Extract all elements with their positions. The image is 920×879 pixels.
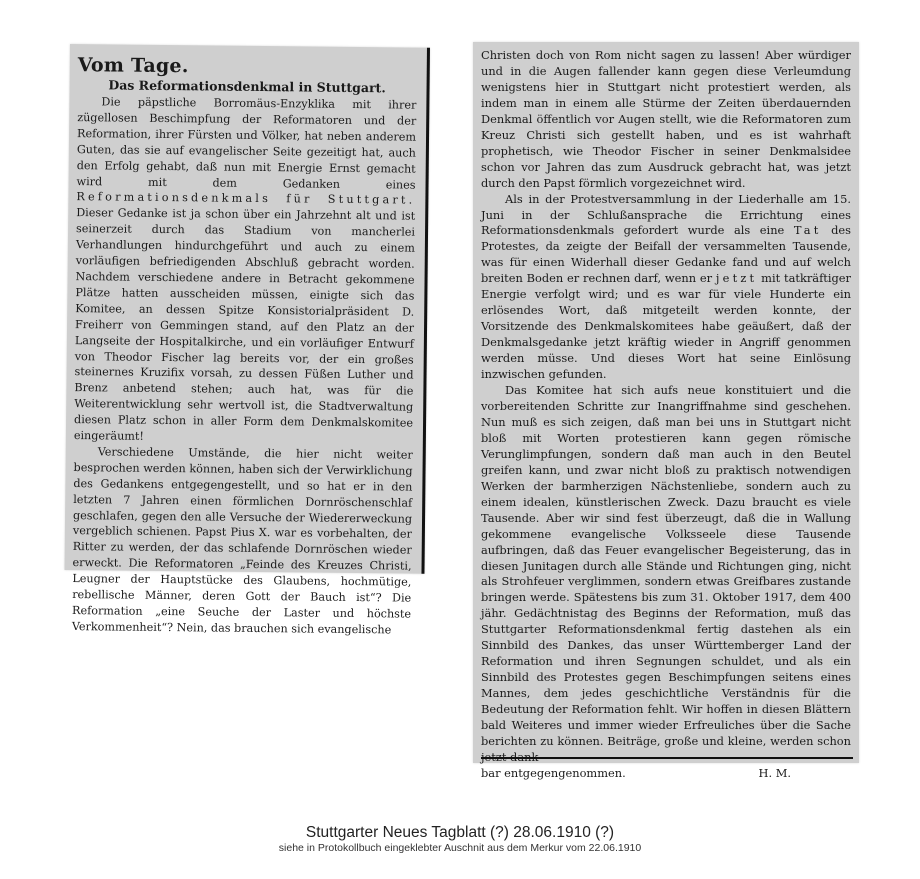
author-signature: H. M. <box>759 766 791 782</box>
newspaper-clipping-left: Vom Tage. Das Reformationsdenkmal in Stu… <box>64 44 429 574</box>
emphasized-text: jetzt <box>716 271 757 285</box>
article-title: Das Reformationsdenkmal in Stuttgart. <box>77 76 416 97</box>
article-paragraph: Verschiedene Umstände, die hier nicht we… <box>72 444 413 638</box>
paragraph-text: Dieser Gedanke ist ja schon über ein Jah… <box>74 206 415 442</box>
emphasized-text: Reformationsdenkmals für Stuttgart. <box>76 191 415 208</box>
caption-subtitle: siehe in Protokollbuch eingeklebter Ausc… <box>0 842 920 854</box>
newspaper-clipping-right: Christen doch von Rom nicht sagen zu las… <box>473 42 859 763</box>
emphasized-text: Tat <box>794 223 822 237</box>
article-paragraph: Die päpstliche Borromäus-Enzyklika mit i… <box>74 94 417 447</box>
paragraph-text: Die päpstliche Borromäus-Enzyklika mit i… <box>76 95 416 191</box>
article-paragraph: Als in der Protestversammlung in der Lie… <box>481 192 851 383</box>
article-paragraph: Das Komitee hat sich aufs neue konstitui… <box>481 383 851 766</box>
closing-line: bar entgegengenommen. H. M. <box>481 766 851 782</box>
caption: Stuttgarter Neues Tagblatt (?) 28.06.191… <box>0 824 920 854</box>
paragraph-text: mit tatkräftiger Energie verfolgt wird; … <box>481 271 851 381</box>
article-paragraph: Christen doch von Rom nicht sagen zu las… <box>481 48 851 192</box>
caption-title: Stuttgarter Neues Tagblatt (?) 28.06.191… <box>0 824 920 842</box>
closing-text: bar entgegengenommen. <box>481 766 626 782</box>
end-rule <box>481 757 853 759</box>
